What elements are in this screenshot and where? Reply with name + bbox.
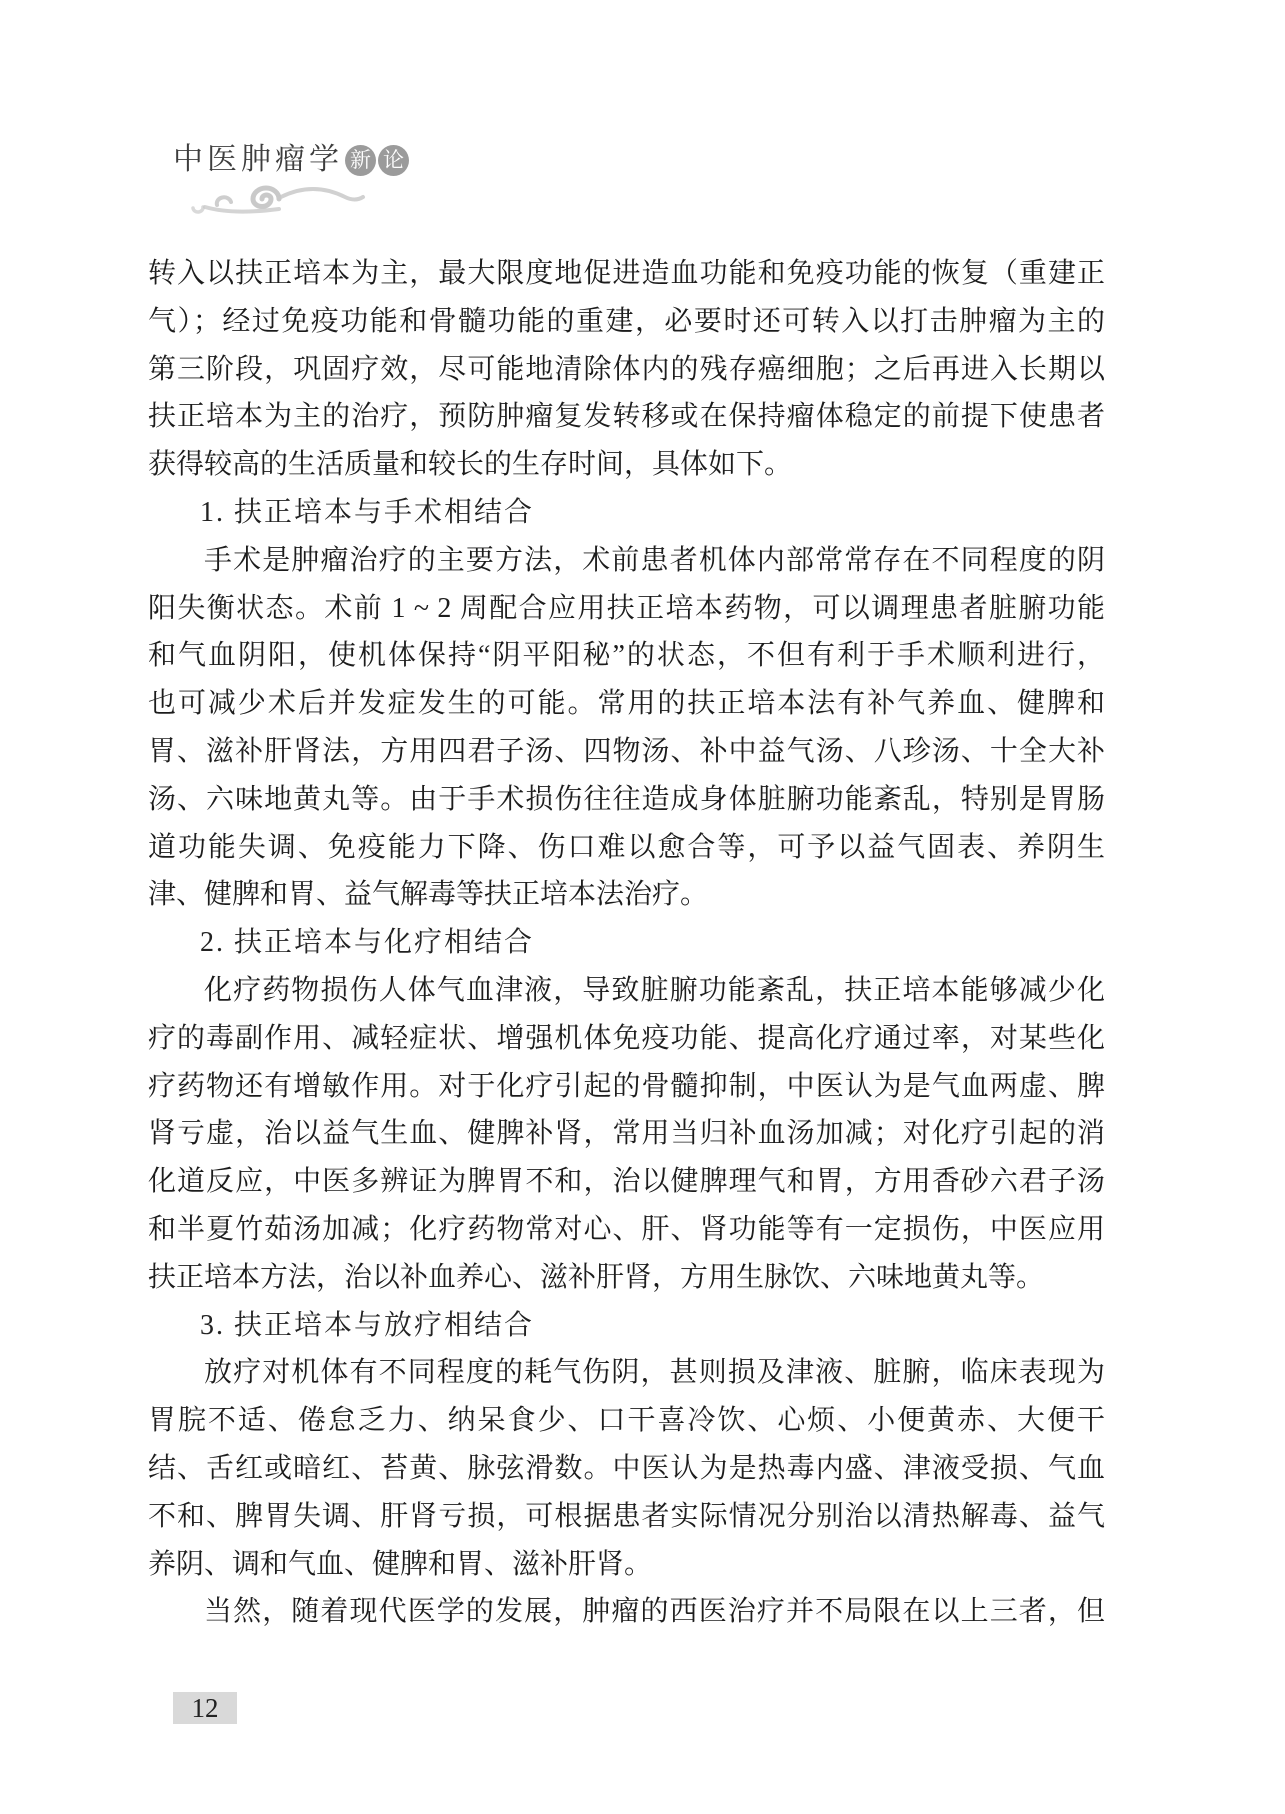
- book-title: 中医肿瘤学: [173, 143, 343, 177]
- text-line: 化疗药物损伤人体气血津液，导致脏腑功能紊乱，扶正培本能够减少化: [148, 967, 1105, 1015]
- badge-new: 新: [345, 145, 376, 176]
- text-line: 养阴、调和气血、健脾和胃、滋补肝肾。: [148, 1541, 1105, 1589]
- text-line: 胃、滋补肝肾法，方用四君子汤、四物汤、补中益气汤、八珍汤、十全大补: [148, 728, 1105, 776]
- book-page: 中医肿瘤学 新 论 转入以扶正培本为主，最大限度地促进造血功能和免疫功能的恢复（…: [0, 0, 1285, 1814]
- text-line: 道功能失调、免疫能力下降、伤口难以愈合等，可予以益气固表、养阴生: [148, 824, 1105, 872]
- section-heading: 1. 扶正培本与手术相结合: [148, 489, 1105, 537]
- section-heading: 3. 扶正培本与放疗相结合: [148, 1302, 1105, 1350]
- text-line: 疗的毒副作用、减轻症状、增强机体免疫功能、提高化疗通过率，对某些化: [148, 1015, 1105, 1063]
- text-line: 第三阶段，巩固疗效，尽可能地清除体内的残存癌细胞；之后再进入长期以: [148, 346, 1105, 394]
- badge-lun: 论: [378, 145, 409, 176]
- text-line: 气）；经过免疫功能和骨髓功能的重建，必要时还可转入以打击肿瘤为主的: [148, 298, 1105, 346]
- text-line: 化道反应，中医多辨证为脾胃不和，治以健脾理气和胃，方用香砂六君子汤: [148, 1158, 1105, 1206]
- text-line: 肾亏虚，治以益气生血、健脾补肾，常用当归补血汤加减；对化疗引起的消: [148, 1110, 1105, 1158]
- cloud-ornament-icon: [183, 177, 383, 219]
- text-line: 阳失衡状态。术前 1 ~ 2 周配合应用扶正培本药物，可以调理患者脏腑功能: [148, 585, 1105, 633]
- text-line: 当然，随着现代医学的发展，肿瘤的西医治疗并不局限在以上三者，但: [148, 1588, 1105, 1636]
- text-line: 扶正培本为主的治疗，预防肿瘤复发转移或在保持瘤体稳定的前提下使患者: [148, 393, 1105, 441]
- page-number: 12: [192, 1693, 219, 1723]
- text-line: 汤、六味地黄丸等。由于手术损伤往往造成身体脏腑功能紊乱，特别是胃肠: [148, 776, 1105, 824]
- section-heading: 2. 扶正培本与化疗相结合: [148, 919, 1105, 967]
- text-line: 不和、脾胃失调、肝肾亏损，可根据患者实际情况分别治以清热解毒、益气: [148, 1493, 1105, 1541]
- text-line: 扶正培本方法，治以补血养心、滋补肝肾，方用生脉饮、六味地黄丸等。: [148, 1254, 1105, 1302]
- text-line: 疗药物还有增敏作用。对于化疗引起的骨髓抑制，中医认为是气血两虚、脾: [148, 1063, 1105, 1111]
- header-logo: 中医肿瘤学 新 论: [173, 143, 409, 177]
- text-line: 放疗对机体有不同程度的耗气伤阴，甚则损及津液、脏腑，临床表现为: [148, 1349, 1105, 1397]
- text-line: 转入以扶正培本为主，最大限度地促进造血功能和免疫功能的恢复（重建正: [148, 250, 1105, 298]
- text-line: 手术是肿瘤治疗的主要方法，术前患者机体内部常常存在不同程度的阴: [148, 537, 1105, 585]
- text-line: 结、舌红或暗红、苔黄、脉弦滑数。中医认为是热毒内盛、津液受损、气血: [148, 1445, 1105, 1493]
- text-line: 和半夏竹茹汤加减；化疗药物常对心、肝、肾功能等有一定损伤，中医应用: [148, 1206, 1105, 1254]
- text-line: 也可减少术后并发症发生的可能。常用的扶正培本法有补气养血、健脾和: [148, 680, 1105, 728]
- text-line: 获得较高的生活质量和较长的生存时间，具体如下。: [148, 441, 1105, 489]
- text-line: 胃脘不适、倦怠乏力、纳呆食少、口干喜冷饮、心烦、小便黄赤、大便干: [148, 1397, 1105, 1445]
- text-line: 和气血阴阳，使机体保持“阴平阳秘”的状态，不但有利于手术顺利进行，: [148, 632, 1105, 680]
- text-line: 津、健脾和胃、益气解毒等扶正培本法治疗。: [148, 871, 1105, 919]
- body-text: 转入以扶正培本为主，最大限度地促进造血功能和免疫功能的恢复（重建正气）；经过免疫…: [148, 250, 1105, 1636]
- page-number-badge: 12: [173, 1692, 237, 1724]
